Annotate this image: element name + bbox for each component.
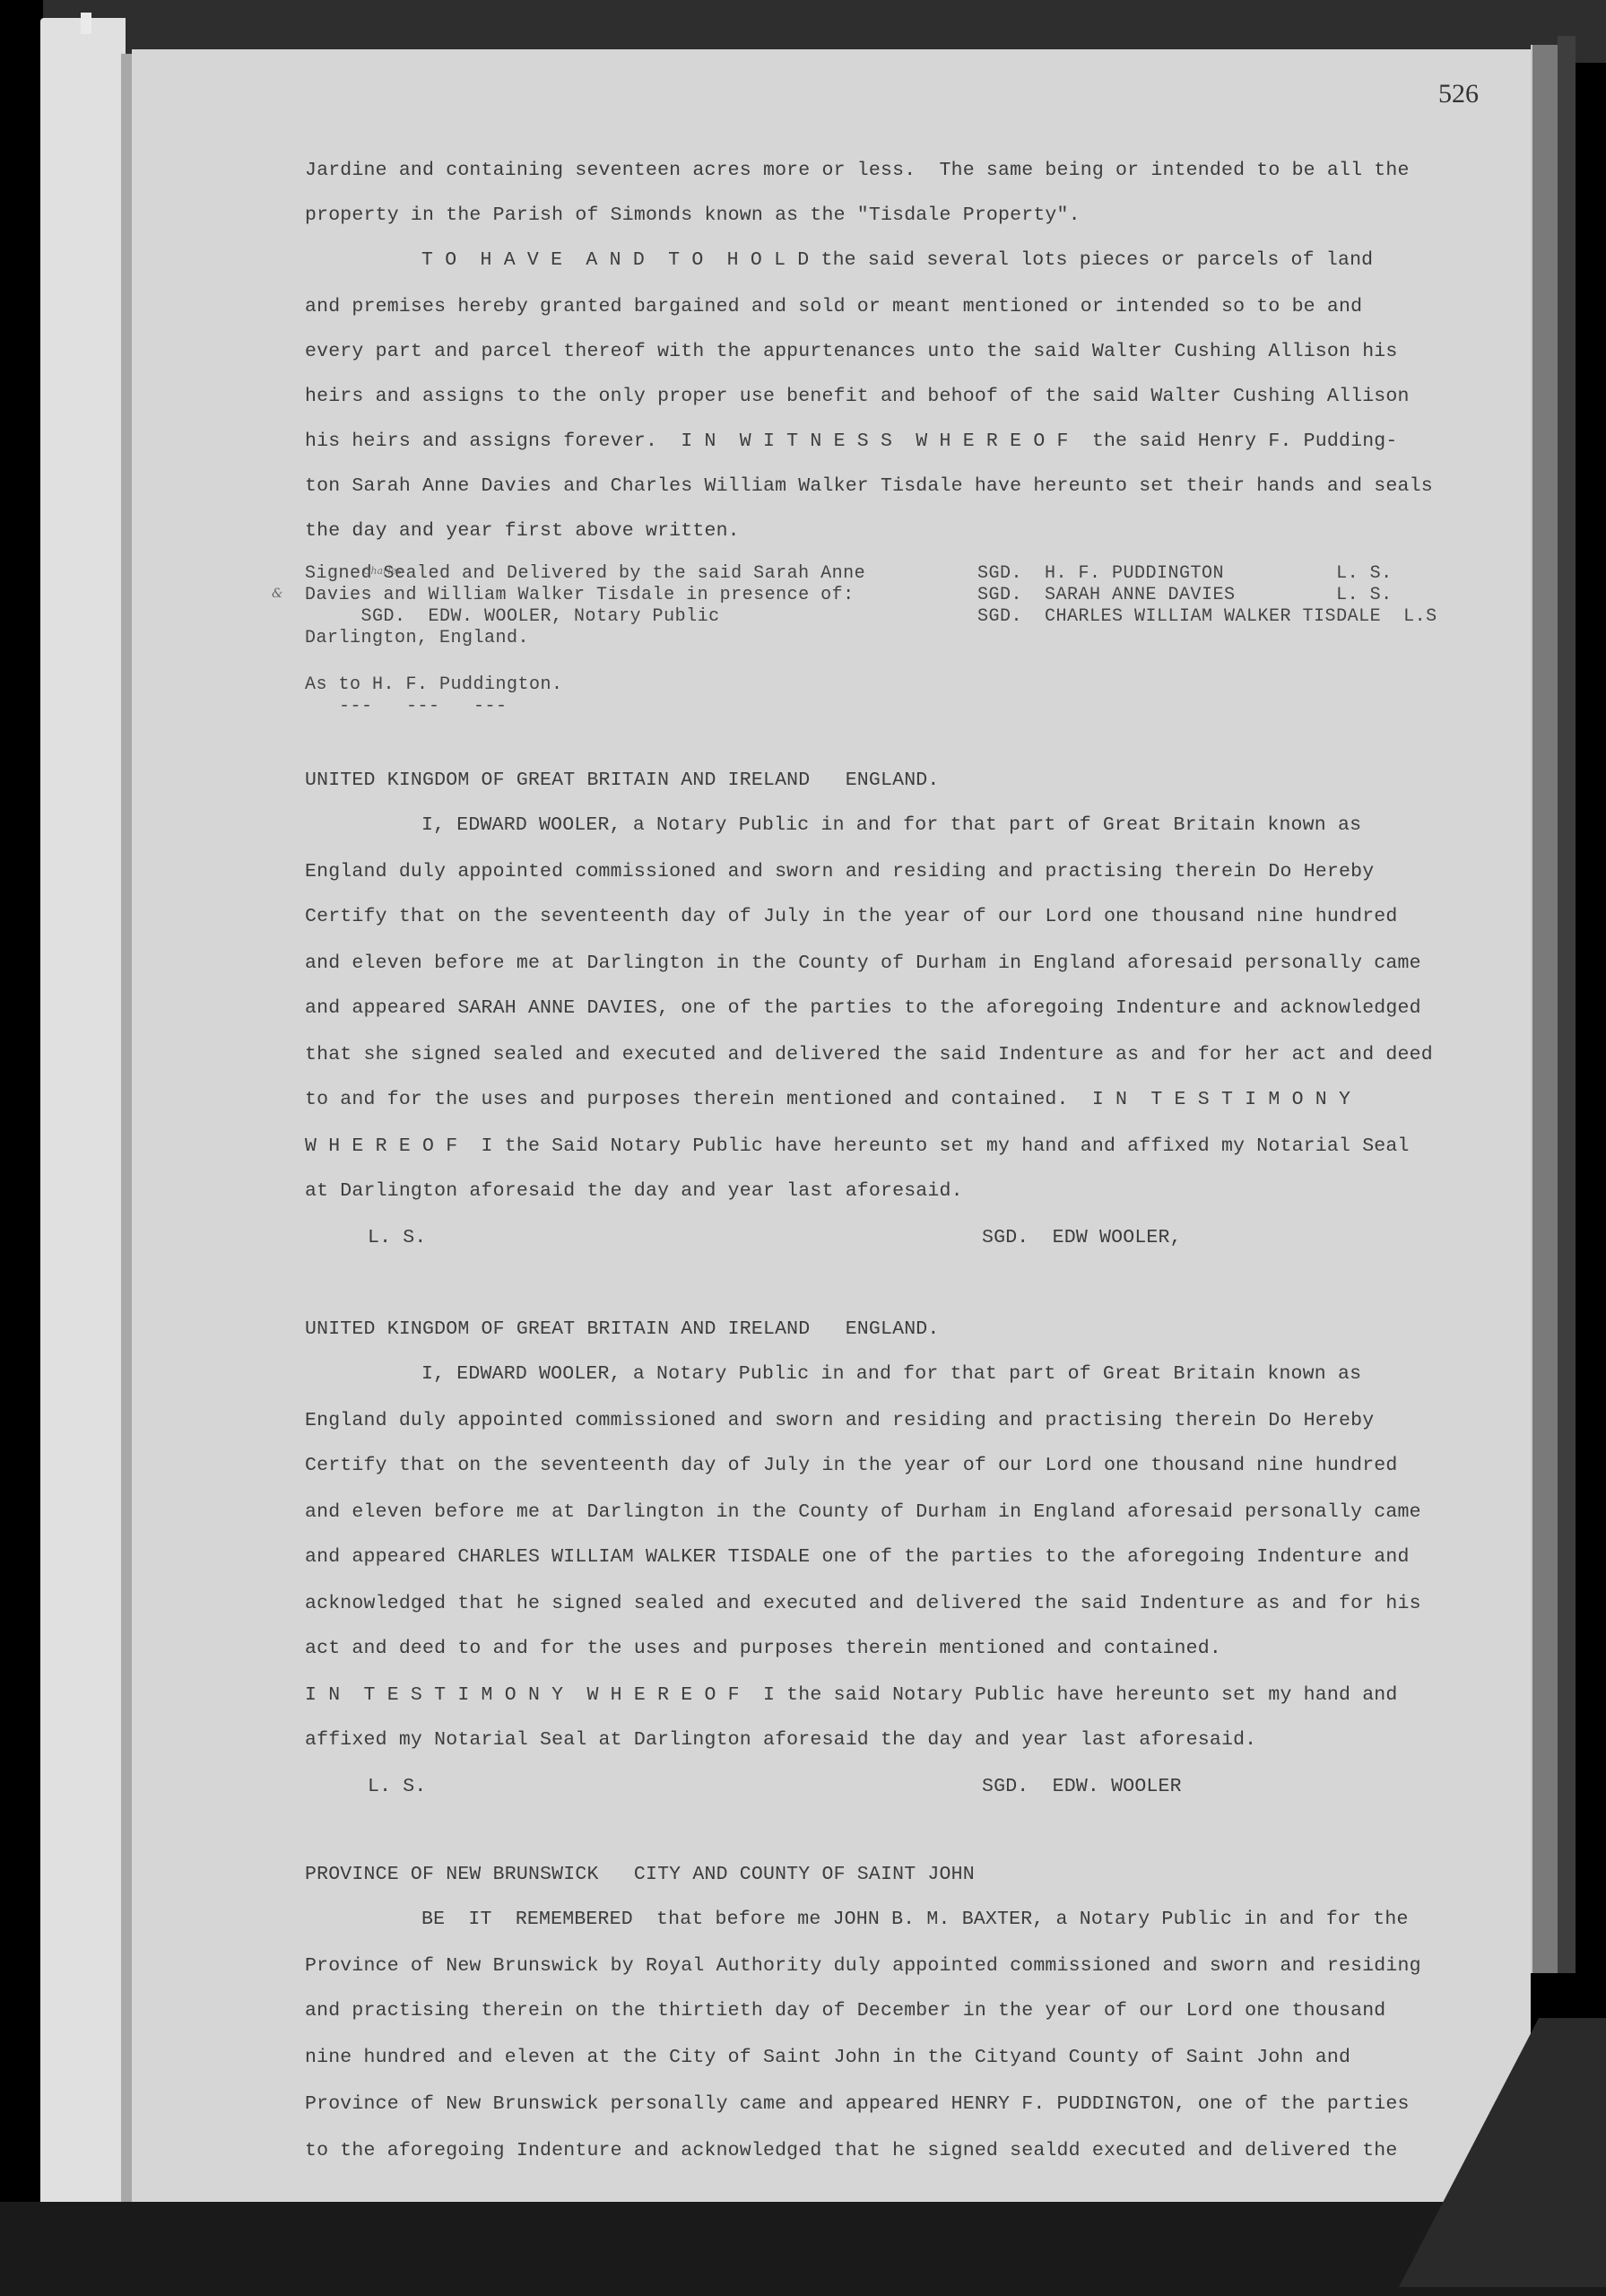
signature-witness-line: Davies and William Walker Tisdale in pre… (305, 585, 855, 605)
text-line: his heirs and assigns forever. I N W I T… (305, 430, 1398, 452)
as-to-note: As to H. F. Puddington. (305, 674, 563, 695)
seal-mark: L. S. (368, 1227, 427, 1248)
text-line: BE IT REMEMBERED that before me JOHN B. … (421, 1909, 1409, 1930)
text-line: England duly appointed commissioned and … (305, 1410, 1374, 1431)
book-binding (1531, 45, 1559, 1973)
text-line: that she signed sealed and executed and … (305, 1044, 1433, 1065)
page-number: 526 (1438, 79, 1479, 109)
desk-background-bottom (0, 2202, 1606, 2296)
signature-witness-line: Signed Sealed and Delivered by the said … (305, 563, 865, 584)
text-line: at Darlington aforesaid the day and year… (305, 1180, 963, 1202)
text-line: ton Sarah Anne Davies and Charles Willia… (305, 475, 1433, 497)
certificate-heading: UNITED KINGDOM OF GREAT BRITAIN AND IREL… (305, 1318, 940, 1340)
text-line: W H E R E O F I the Said Notary Public h… (305, 1135, 1410, 1157)
text-line: the day and year first above written. (305, 520, 740, 542)
signatory-line: SGD. SARAH ANNE DAVIES L. S. (977, 585, 1393, 605)
text-line: acknowledged that he signed sealed and e… (305, 1593, 1421, 1614)
text-line: affixed my Notarial Seal at Darlington a… (305, 1729, 1256, 1751)
text-line: to the aforegoing Indenture and acknowle… (305, 2140, 1398, 2161)
handwritten-margin-note: & (272, 587, 282, 601)
text-line: and appeared CHARLES WILLIAM WALKER TISD… (305, 1546, 1410, 1568)
certificate-heading: PROVINCE OF NEW BRUNSWICK CITY AND COUNT… (305, 1864, 975, 1885)
text-line: property in the Parish of Simonds known … (305, 204, 1081, 226)
text-line: and premises hereby granted bargained an… (305, 296, 1362, 317)
signatory-line: SGD. CHARLES WILLIAM WALKER TISDALE L.S (977, 606, 1437, 627)
text-line: Province of New Brunswick personally cam… (305, 2093, 1410, 2115)
text-line: T O H A V E A N D T O H O L D the said s… (421, 249, 1373, 271)
notary-signature: SGD. EDW WOOLER, (982, 1227, 1182, 1248)
text-line: and eleven before me at Darlington in th… (305, 952, 1421, 974)
text-line: nine hundred and eleven at the City of S… (305, 2047, 1350, 2068)
certificate-heading: UNITED KINGDOM OF GREAT BRITAIN AND IREL… (305, 770, 940, 791)
facing-page-edge (40, 18, 126, 2233)
signature-witness-line: Darlington, England. (305, 628, 529, 648)
ledger-page (132, 49, 1531, 2211)
text-line: I N T E S T I M O N Y W H E R E O F I th… (305, 1684, 1398, 1706)
page-tab (81, 13, 91, 34)
text-line: Certify that on the seventeenth day of J… (305, 1455, 1398, 1476)
text-line: every part and parcel thereof with the a… (305, 341, 1398, 362)
text-line: Province of New Brunswick by Royal Autho… (305, 1955, 1421, 1977)
text-line: Jardine and containing seventeen acres m… (305, 160, 1410, 181)
text-line: England duly appointed commissioned and … (305, 861, 1374, 883)
text-line: I, EDWARD WOOLER, a Notary Public in and… (421, 814, 1361, 836)
text-line: and practising therein on the thirtieth … (305, 2000, 1385, 2022)
book-cover-edge (1558, 36, 1576, 1973)
text-line: and eleven before me at Darlington in th… (305, 1501, 1421, 1523)
separator: --- --- --- (339, 696, 508, 717)
text-line: and appeared SARAH ANNE DAVIES, one of t… (305, 997, 1421, 1019)
text-line: act and deed to and for the uses and pur… (305, 1638, 1221, 1659)
signatory-line: SGD. H. F. PUDDINGTON L. S. (977, 563, 1393, 584)
book-gutter (121, 54, 132, 2206)
text-line: I, EDWARD WOOLER, a Notary Public in and… (421, 1363, 1361, 1385)
text-line: heirs and assigns to the only proper use… (305, 386, 1410, 407)
notary-signature: SGD. EDW. WOOLER (982, 1776, 1182, 1797)
text-line: Certify that on the seventeenth day of J… (305, 906, 1398, 927)
signature-witness-line: SGD. EDW. WOOLER, Notary Public (305, 606, 720, 627)
seal-mark: L. S. (368, 1776, 427, 1797)
text-line: to and for the uses and purposes therein… (305, 1089, 1350, 1110)
